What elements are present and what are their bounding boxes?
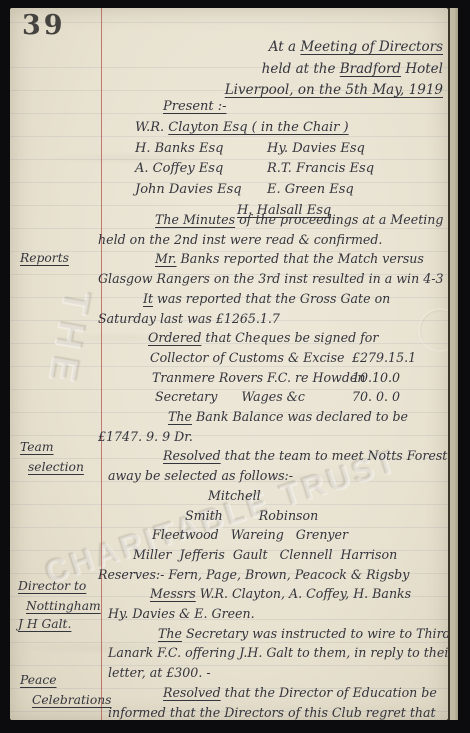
minute-line: Hy. Davies & E. Green. — [10, 604, 448, 624]
present-row: John Davies Esq E. Green Esq — [135, 180, 435, 201]
attendee-name: Hy. Davies Esq — [267, 139, 365, 160]
minute-line-text: £1747. 9. 9 Dr. — [98, 429, 193, 444]
meeting-heading: At a Meeting of Directors held at the Br… — [225, 37, 443, 102]
minute-line-text: Saturday last was £1265.1.7 — [98, 311, 280, 326]
attendee-name: E. Green Esq — [267, 180, 354, 201]
minute-line-text: Lanark F.C. offering J.H. Galt to them, … — [108, 645, 448, 660]
attendee-name: A. Coffey Esq — [135, 159, 267, 180]
heading-text: Hotel — [401, 61, 443, 77]
book-page-edge — [448, 8, 458, 720]
minute-line-text: Banks reported that the Match versus — [177, 251, 424, 266]
minute-line-text: Fleetwood Wareing Grenyer — [152, 527, 348, 542]
minute-line: Tranmere Rovers F.C. re Howden10.10.0 — [10, 368, 448, 388]
minute-line-lead: Resolved — [163, 448, 221, 463]
attendee-name: H. Banks Esq — [135, 139, 267, 160]
minute-line-lead: Messrs — [150, 586, 196, 601]
minute-line: Glasgow Rangers on the 3rd inst resulted… — [10, 269, 448, 289]
minute-line: £1747. 9. 9 Dr. — [10, 427, 448, 447]
minute-line: Ordered that Cheques be signed for — [10, 328, 448, 348]
minute-line-lead: Resolved — [163, 685, 221, 700]
minute-line: It was reported that the Gross Gate on — [10, 289, 448, 309]
minute-line-amount: 10.10.0 — [352, 368, 400, 388]
minute-line-text: Bank Balance was declared to be — [192, 409, 408, 424]
minutes-body: The Minutes of the proceedings at a Meet… — [10, 210, 448, 720]
minute-line: The Minutes of the proceedings at a Meet… — [10, 210, 448, 230]
minute-line-text: Secretary was instructed to wire to Thir… — [182, 626, 448, 641]
minute-line: Mr. Banks reported that the Match versus — [10, 249, 448, 269]
minute-line-text: Reserves:- Fern, Page, Brown, Peacock & … — [98, 567, 409, 582]
present-row: H. Banks Esq Hy. Davies Esq — [135, 139, 435, 160]
heading-text: held at the — [262, 61, 340, 77]
present-text-underlined: Clayton Esq ( in the Chair ) — [168, 120, 348, 135]
minute-line-text: that the team to meet Notts Forest — [221, 448, 448, 463]
minute-line-lead: The — [168, 409, 192, 424]
minute-line-lead: Mr. — [155, 251, 177, 266]
attendee-name: R.T. Francis Esq — [267, 159, 374, 180]
minute-line: Messrs W.R. Clayton, A. Coffey, H. Banks — [10, 584, 448, 604]
minute-line-text: of the proceedings at a Meeting — [235, 212, 443, 227]
minute-line: Miller Jefferis Gault Clennell Harrison — [10, 545, 448, 565]
minute-line: Reserves:- Fern, Page, Brown, Peacock & … — [10, 565, 448, 585]
minute-line: Mitchell — [10, 486, 448, 506]
minute-line: letter, at £300. - — [10, 663, 448, 683]
minute-book-page: THE CHARITABLE TRUST 39 At a Meeting of … — [10, 8, 448, 720]
minute-line-text: Miller Jefferis Gault Clennell Harrison — [133, 547, 397, 562]
minute-line: informed that the Directors of this Club… — [10, 703, 448, 720]
minute-line: The Bank Balance was declared to be — [10, 407, 448, 427]
present-row: A. Coffey Esq R.T. Francis Esq — [135, 159, 435, 180]
minute-line-text: Collector of Customs & Excise — [150, 350, 344, 365]
minute-line-text: W.R. Clayton, A. Coffey, H. Banks — [196, 586, 411, 601]
minute-line: Secretary Wages &c70. 0. 0 — [10, 387, 448, 407]
minute-line-text: Mitchell — [208, 488, 261, 503]
minute-line: Resolved that the Director of Education … — [10, 683, 448, 703]
minute-line-lead: Ordered — [148, 330, 201, 345]
minute-line-text: Hy. Davies & E. Green. — [108, 606, 255, 621]
photo-frame: THE CHARITABLE TRUST 39 At a Meeting of … — [0, 0, 470, 733]
heading-text: At a — [269, 39, 301, 55]
minute-line-text: held on the 2nd inst were read & confirm… — [98, 232, 382, 247]
minute-line: Saturday last was £1265.1.7 — [10, 309, 448, 329]
heading-line: held at the Bradford Hotel — [225, 59, 443, 81]
minute-line-text: Secretary Wages &c — [155, 389, 305, 404]
minute-line-lead: The — [158, 626, 182, 641]
minute-line-text: Smith Robinson — [185, 508, 318, 523]
present-chairman: W.R. Clayton Esq ( in the Chair ) — [135, 118, 435, 139]
minute-line-text: that the Director of Education be — [221, 685, 437, 700]
minute-line-amount: £279.15.1 — [352, 348, 416, 368]
minute-line: Resolved that the team to meet Notts For… — [10, 446, 448, 466]
minute-line-text: informed that the Directors of this Club… — [108, 705, 436, 720]
minute-line-text: that Cheques be signed for — [201, 330, 378, 345]
minute-line: The Secretary was instructed to wire to … — [10, 624, 448, 644]
minute-line: Collector of Customs & Excise£279.15.1 — [10, 348, 448, 368]
minute-line-lead: It — [143, 291, 153, 306]
minute-line-text: away be selected as follows:- — [108, 468, 293, 483]
minute-line-text: Glasgow Rangers on the 3rd inst resulted… — [98, 271, 443, 286]
heading-line: At a Meeting of Directors — [225, 37, 443, 59]
minute-line-amount: 70. 0. 0 — [352, 387, 400, 407]
minute-line-text: letter, at £300. - — [108, 665, 211, 680]
present-text: W.R. — [135, 120, 168, 135]
page-number: 39 — [22, 10, 66, 41]
heading-text-underlined: Liverpool, on the 5th May, 1919 — [225, 82, 443, 98]
minute-line-text: was reported that the Gross Gate on — [153, 291, 390, 306]
heading-text-underlined: Meeting of Directors — [300, 39, 443, 55]
attendee-name: John Davies Esq — [135, 180, 267, 201]
minute-line: Fleetwood Wareing Grenyer — [10, 525, 448, 545]
minute-line: Smith Robinson — [10, 506, 448, 526]
minute-line: away be selected as follows:- — [10, 466, 448, 486]
present-list: Present :- W.R. Clayton Esq ( in the Cha… — [135, 97, 435, 222]
minute-line: held on the 2nd inst were read & confirm… — [10, 230, 448, 250]
minute-line: Lanark F.C. offering J.H. Galt to them, … — [10, 643, 448, 663]
heading-text-underlined: Bradford — [340, 61, 401, 77]
present-label: Present :- — [163, 97, 227, 118]
minute-line-lead: The Minutes — [155, 212, 235, 227]
minute-line-text: Tranmere Rovers F.C. re Howden — [152, 370, 365, 385]
